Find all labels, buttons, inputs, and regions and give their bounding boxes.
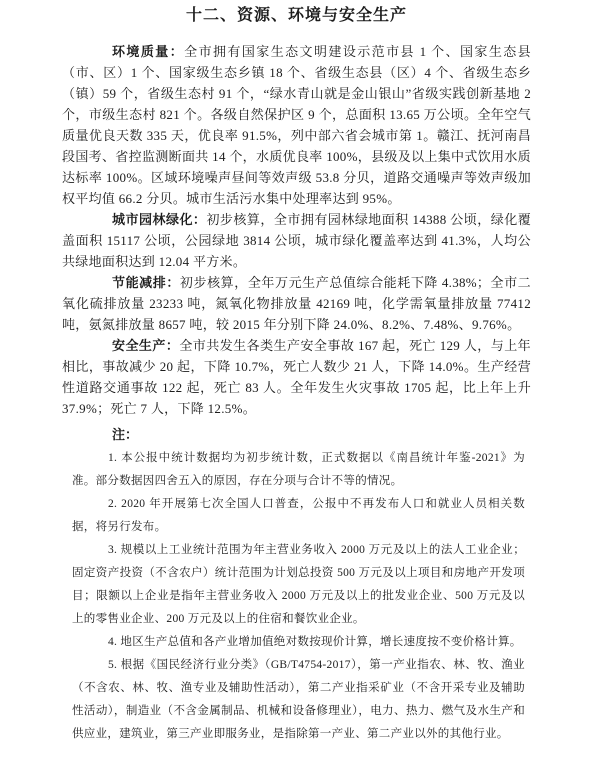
para-label-energy-saving: 节能减排： <box>112 275 180 290</box>
para-label-work-safety: 安全生产： <box>112 338 179 353</box>
para-label-environment-quality: 环境质量： <box>112 44 184 59</box>
note-item-4: 4. 地区生产总值和各产业增加值绝对数按现价计算，增长速度按不变价格计算。 <box>72 631 525 654</box>
notes-heading: 注： <box>62 424 531 445</box>
notes-section: 1. 本公报中统计数据均为初步统计数，正式数据以《南昌统计年鉴-2021》为准。… <box>72 447 525 746</box>
note-item-5: 5. 根据《国民经济行业分类》（GB/T4754-2017），第一产业指农、林、… <box>72 654 525 746</box>
note-item-3: 3. 规模以上工业统计范围为年主营业务收入 2000 万元及以上的法人工业企业；… <box>72 539 525 631</box>
para-work-safety: 安全生产：全市共发生各类生产安全事故 167 起，死亡 129 人，与上年相比，… <box>62 335 531 419</box>
para-energy-saving: 节能减排：初步核算，全年万元生产总值综合能耗下降 4.38%；全市二氧化硫排放量… <box>62 272 531 335</box>
note-item-1: 1. 本公报中统计数据均为初步统计数，正式数据以《南昌统计年鉴-2021》为准。… <box>72 447 525 493</box>
para-environment-quality: 环境质量：全市拥有国家生态文明建设示范市县 1 个、国家生态县（市、区）1 个、… <box>62 41 531 209</box>
document-page: 十二、资源、环境与安全生产 环境质量：全市拥有国家生态文明建设示范市县 1 个、… <box>0 0 595 761</box>
note-item-2: 2. 2020 年开展第七次全国人口普查，公报中不再发布人口和就业人员相关数据，… <box>72 493 525 539</box>
para-label-urban-greening: 城市园林绿化： <box>112 212 206 227</box>
para-text-environment-quality: 全市拥有国家生态文明建设示范市县 1 个、国家生态县（市、区）1 个、国家级生态… <box>62 44 531 206</box>
para-urban-greening: 城市园林绿化：初步核算，全市拥有园林绿地面积 14388 公顷，绿化覆盖面积 1… <box>62 209 531 272</box>
section-title: 十二、资源、环境与安全生产 <box>62 6 531 26</box>
